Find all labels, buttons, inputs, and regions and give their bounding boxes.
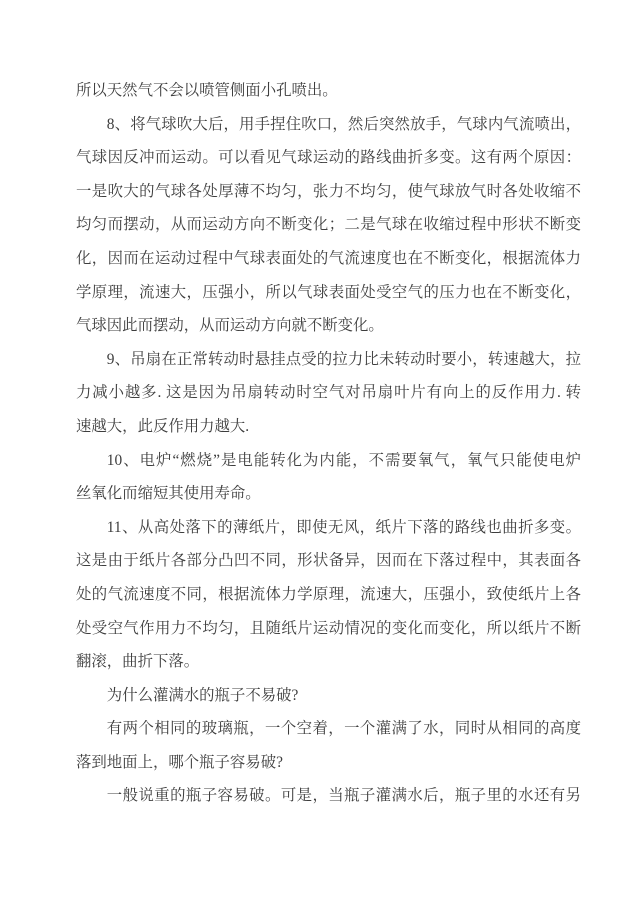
- text-line: 一是吹大的气球各处厚薄不均匀，张力不均匀，使气球放气时各处收缩不: [76, 175, 581, 209]
- text-line: 一般说重的瓶子容易破。可是，当瓶子灌满水后，瓶子里的水还有另: [76, 779, 581, 813]
- text-line: 翻滚，曲折下落。: [76, 645, 581, 679]
- text-line: 学原理，流速大，压强小，所以气球表面处受空气的压力也在不断变化，: [76, 276, 581, 310]
- text-line: 9、吊扇在正常转动时悬挂点受的拉力比未转动时要小，转速越大，拉: [76, 343, 581, 377]
- text-line: 11、从高处落下的薄纸片，即使无风，纸片下落的路线也曲折多变。: [76, 511, 581, 545]
- paragraph-item-7-continuation: 所以天然气不会以喷管侧面小孔喷出。: [76, 74, 581, 108]
- text-line: 有两个相同的玻璃瓶，一个空着，一个灌满了水，同时从相同的高度: [76, 712, 581, 746]
- text-line: 这是由于纸片各部分凸凹不同，形状备异，因而在下落过程中，其表面各: [76, 544, 581, 578]
- paragraph-question-heading: 为什么灌满水的瓶子不易破?: [76, 679, 581, 713]
- text-line: 为什么灌满水的瓶子不易破?: [76, 679, 581, 713]
- text-line: 气球因此而摆动，从而运动方向就不断变化。: [76, 309, 581, 343]
- text-column: 所以天然气不会以喷管侧面小孔喷出。 8、将气球吹大后，用手捏住吹口，然后突然放手…: [76, 74, 581, 813]
- text-line: 处受空气作用力不均匀，且随纸片运动情况的变化而变化，所以纸片不断: [76, 612, 581, 646]
- paragraph-question-setup: 有两个相同的玻璃瓶，一个空着，一个灌满了水，同时从相同的高度 落到地面上，哪个瓶…: [76, 712, 581, 779]
- text-line: 气球因反冲而运动。可以看见气球运动的路线曲折多变。这有两个原因：: [76, 141, 581, 175]
- text-line: 力减小越多. 这是因为吊扇转动时空气对吊扇叶片有向上的反作用力. 转: [76, 376, 581, 410]
- text-line: 丝氧化而缩短其使用寿命。: [76, 477, 581, 511]
- text-line: 所以天然气不会以喷管侧面小孔喷出。: [76, 74, 581, 108]
- text-line: 10、电炉“燃烧”是电能转化为内能，不需要氧气，氧气只能使电炉: [76, 444, 581, 478]
- text-line: 落到地面上，哪个瓶子容易破?: [76, 746, 581, 780]
- text-line: 均匀而摆动，从而运动方向不断变化；二是气球在收缩过程中形状不断变: [76, 208, 581, 242]
- text-line: 处的气流速度不同，根据流体力学原理，流速大，压强小，致使纸片上各: [76, 578, 581, 612]
- paragraph-item-10: 10、电炉“燃烧”是电能转化为内能，不需要氧气，氧气只能使电炉 丝氧化而缩短其使…: [76, 444, 581, 511]
- text-line: 速越大，此反作用力越大.: [76, 410, 581, 444]
- text-line: 化，因而在运动过程中气球表面处的气流速度也在不断变化，根据流体力: [76, 242, 581, 276]
- paragraph-item-11: 11、从高处落下的薄纸片，即使无风，纸片下落的路线也曲折多变。 这是由于纸片各部…: [76, 511, 581, 679]
- paragraph-item-8: 8、将气球吹大后，用手捏住吹口，然后突然放手，气球内气流喷出， 气球因反冲而运动…: [76, 108, 581, 343]
- document-page: 所以天然气不会以喷管侧面小孔喷出。 8、将气球吹大后，用手捏住吹口，然后突然放手…: [0, 0, 640, 905]
- paragraph-answer-start: 一般说重的瓶子容易破。可是，当瓶子灌满水后，瓶子里的水还有另: [76, 779, 581, 813]
- paragraph-item-9: 9、吊扇在正常转动时悬挂点受的拉力比未转动时要小，转速越大，拉 力减小越多. 这…: [76, 343, 581, 444]
- text-line: 8、将气球吹大后，用手捏住吹口，然后突然放手，气球内气流喷出，: [76, 108, 581, 142]
